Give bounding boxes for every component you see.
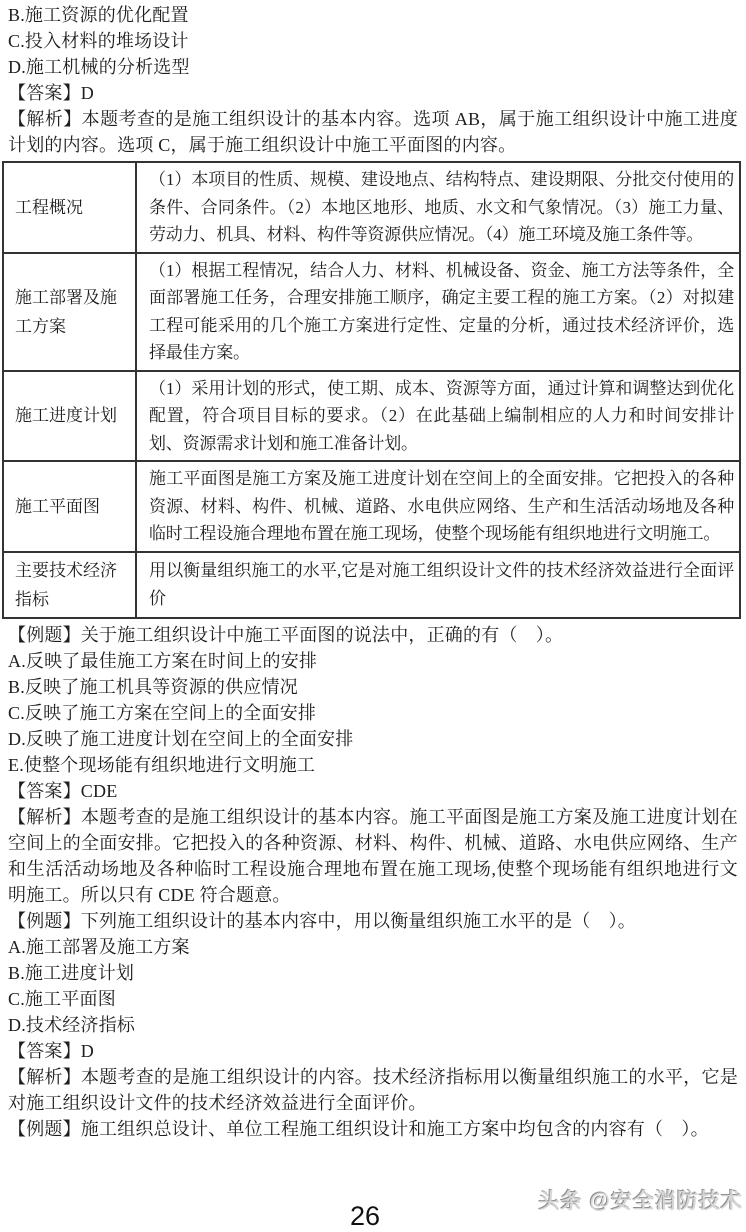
answer-line: 【答案】D <box>8 1038 738 1064</box>
term-cell: 施工部署及施工方案 <box>3 253 136 371</box>
desc-cell: 用以衡量组织施工的水平,它是对施工组织设计文件的技术经济效益进行全面评价 <box>136 552 740 618</box>
option-line: B.反映了施工机具等资源的供应情况 <box>8 674 738 700</box>
option-line: D.反映了施工进度计划在空间上的全面安排 <box>8 726 738 752</box>
option-line: E.使整个现场能有组织地进行文明施工 <box>8 752 738 778</box>
option-line: C.反映了施工方案在空间上的全面安排 <box>8 700 738 726</box>
answer-line: 【答案】D <box>8 80 738 106</box>
table-row: 施工平面图 施工平面图是施工方案及施工进度计划在空间上的全面安排。它把投入的各种… <box>3 461 740 552</box>
example-stem: 【例题】下列施工组织设计的基本内容中，用以衡量组织施工水平的是（ ）。 <box>8 908 738 934</box>
analysis-paragraph: 【解析】本题考查的是施工组织设计的基本内容。选项 AB，属于施工组织设计中施工进… <box>8 106 738 158</box>
option-line: C.施工平面图 <box>8 986 738 1012</box>
term-cell: 工程概况 <box>3 162 136 253</box>
document-page: B.施工资源的优化配置 C.投入材料的堆场设计 D.施工机械的分析选型 【答案】… <box>0 0 746 1232</box>
page-number: 26 <box>0 1200 730 1232</box>
option-line: D.技术经济指标 <box>8 1012 738 1038</box>
table-row: 施工部署及施工方案 （1）根据工程情况，结合人力、材料、机械设备、资金、施工方法… <box>3 253 740 371</box>
desc-cell: （1）根据工程情况，结合人力、材料、机械设备、资金、施工方法等条件，全面部署施工… <box>136 253 740 371</box>
option-line: B.施工资源的优化配置 <box>8 2 738 28</box>
analysis-paragraph: 【解析】本题考查的是施工组织设计的基本内容。施工平面图是施工方案及施工进度计划在… <box>8 804 738 908</box>
term-cell: 施工平面图 <box>3 461 136 552</box>
example-stem: 【例题】施工组织总设计、单位工程施工组织设计和施工方案中均包含的内容有（ ）。 <box>8 1116 738 1142</box>
answer-line: 【答案】CDE <box>8 778 738 804</box>
option-line: B.施工进度计划 <box>8 960 738 986</box>
example-stem: 【例题】关于施工组织设计中施工平面图的说法中，正确的有（ ）。 <box>8 622 738 648</box>
table-row: 施工进度计划 （1）采用计划的形式，使工期、成本、资源等方面，通过计算和调整达到… <box>3 371 740 462</box>
option-line: C.投入材料的堆场设计 <box>8 28 738 54</box>
table-row: 主要技术经济指标 用以衡量组织施工的水平,它是对施工组织设计文件的技术经济效益进… <box>3 552 740 618</box>
desc-cell: 施工平面图是施工方案及施工进度计划在空间上的全面安排。它把投入的各种资源、材料、… <box>136 461 740 552</box>
term-cell: 施工进度计划 <box>3 371 136 462</box>
table-row: 工程概况 （1）本项目的性质、规模、建设地点、结构特点、建设期限、分批交付使用的… <box>3 162 740 253</box>
construction-design-table: 工程概况 （1）本项目的性质、规模、建设地点、结构特点、建设期限、分批交付使用的… <box>2 161 741 619</box>
option-line: A.施工部署及施工方案 <box>8 934 738 960</box>
desc-cell: （1）本项目的性质、规模、建设地点、结构特点、建设期限、分批交付使用的条件、合同… <box>136 162 740 253</box>
desc-cell: （1）采用计划的形式，使工期、成本、资源等方面，通过计算和调整达到优化配置，符合… <box>136 371 740 462</box>
option-line: A.反映了最佳施工方案在时间上的安排 <box>8 648 738 674</box>
analysis-paragraph: 【解析】本题考查的是施工组织设计的内容。技术经济指标用以衡量组织施工的水平，它是… <box>8 1064 738 1116</box>
term-cell: 主要技术经济指标 <box>3 552 136 618</box>
content-area: B.施工资源的优化配置 C.投入材料的堆场设计 D.施工机械的分析选型 【答案】… <box>0 0 746 1142</box>
option-line: D.施工机械的分析选型 <box>8 54 738 80</box>
